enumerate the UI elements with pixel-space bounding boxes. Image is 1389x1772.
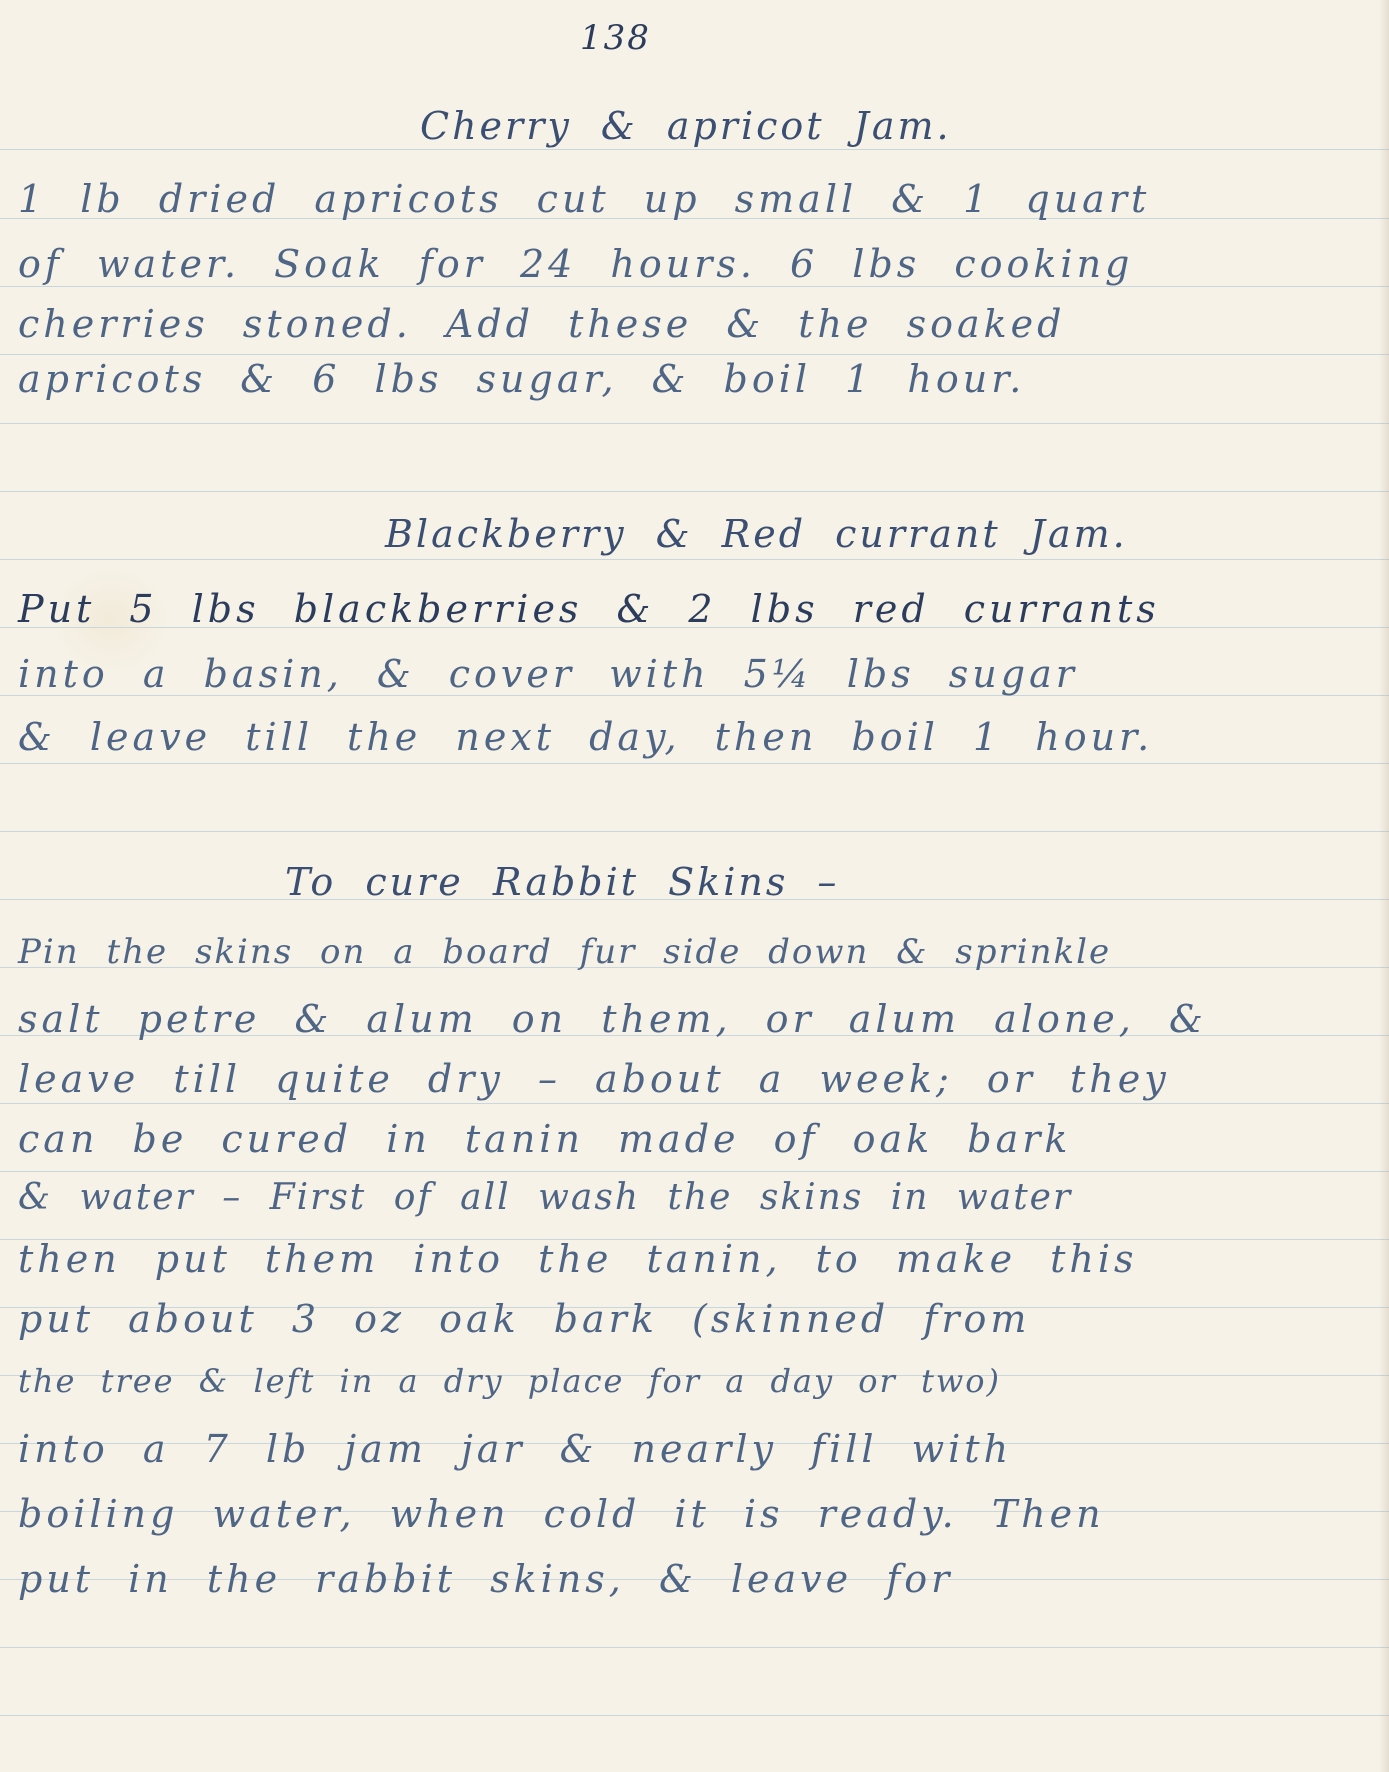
page-edge-shadow bbox=[1379, 0, 1389, 1772]
recipe-line: salt petre & alum on them, or alum alone… bbox=[18, 1000, 1371, 1038]
recipe-title: To cure Rabbit Skins – bbox=[285, 860, 839, 904]
ruled-line bbox=[0, 491, 1389, 492]
ruled-line bbox=[0, 763, 1389, 764]
ruled-line bbox=[0, 559, 1389, 560]
recipe-line: into a 7 lb jam jar & nearly fill with bbox=[18, 1430, 1371, 1468]
recipe-line: put about 3 oz oak bark (skinned from bbox=[18, 1300, 1371, 1338]
recipe-line: Put 5 lbs blackberries & 2 lbs red curra… bbox=[18, 590, 1371, 628]
recipe-line: the tree & left in a dry place for a day… bbox=[18, 1365, 1371, 1397]
ruled-line bbox=[0, 1171, 1389, 1172]
recipe-line: leave till quite dry – about a week; or … bbox=[18, 1060, 1371, 1098]
notebook-page: 138 Cherry & apricot Jam. 1 lb dried apr… bbox=[0, 0, 1389, 1772]
ruled-line bbox=[0, 423, 1389, 424]
recipe-line: apricots & 6 lbs sugar, & boil 1 hour. bbox=[18, 360, 1371, 398]
recipe-line: 1 lb dried apricots cut up small & 1 qua… bbox=[18, 180, 1371, 218]
ruled-line bbox=[0, 354, 1389, 355]
recipe-line: of water. Soak for 24 hours. 6 lbs cooki… bbox=[18, 245, 1371, 283]
recipe-line: & water – First of all wash the skins in… bbox=[18, 1180, 1371, 1216]
ruled-line bbox=[0, 149, 1389, 150]
recipe-line: cherries stoned. Add these & the soaked bbox=[18, 305, 1371, 343]
recipe-line: into a basin, & cover with 5¼ lbs sugar bbox=[18, 655, 1371, 693]
recipe-line: boiling water, when cold it is ready. Th… bbox=[18, 1495, 1371, 1533]
ruled-line bbox=[0, 831, 1389, 832]
recipe-line: put in the rabbit skins, & leave for bbox=[18, 1560, 1371, 1598]
recipe-title: Blackberry & Red currant Jam. bbox=[385, 512, 1128, 556]
recipe-line: then put them into the tanin, to make th… bbox=[18, 1240, 1371, 1278]
recipe-line: Pin the skins on a board fur side down &… bbox=[18, 935, 1371, 969]
ruled-line bbox=[0, 1103, 1389, 1104]
ruled-line bbox=[0, 1647, 1389, 1648]
recipe-line: & leave till the next day, then boil 1 h… bbox=[18, 718, 1371, 756]
page-number: 138 bbox=[580, 18, 651, 58]
ruled-line bbox=[0, 286, 1389, 287]
ruled-line bbox=[0, 1715, 1389, 1716]
recipe-title: Cherry & apricot Jam. bbox=[420, 104, 952, 148]
recipe-line: can be cured in tanin made of oak bark bbox=[18, 1120, 1371, 1158]
